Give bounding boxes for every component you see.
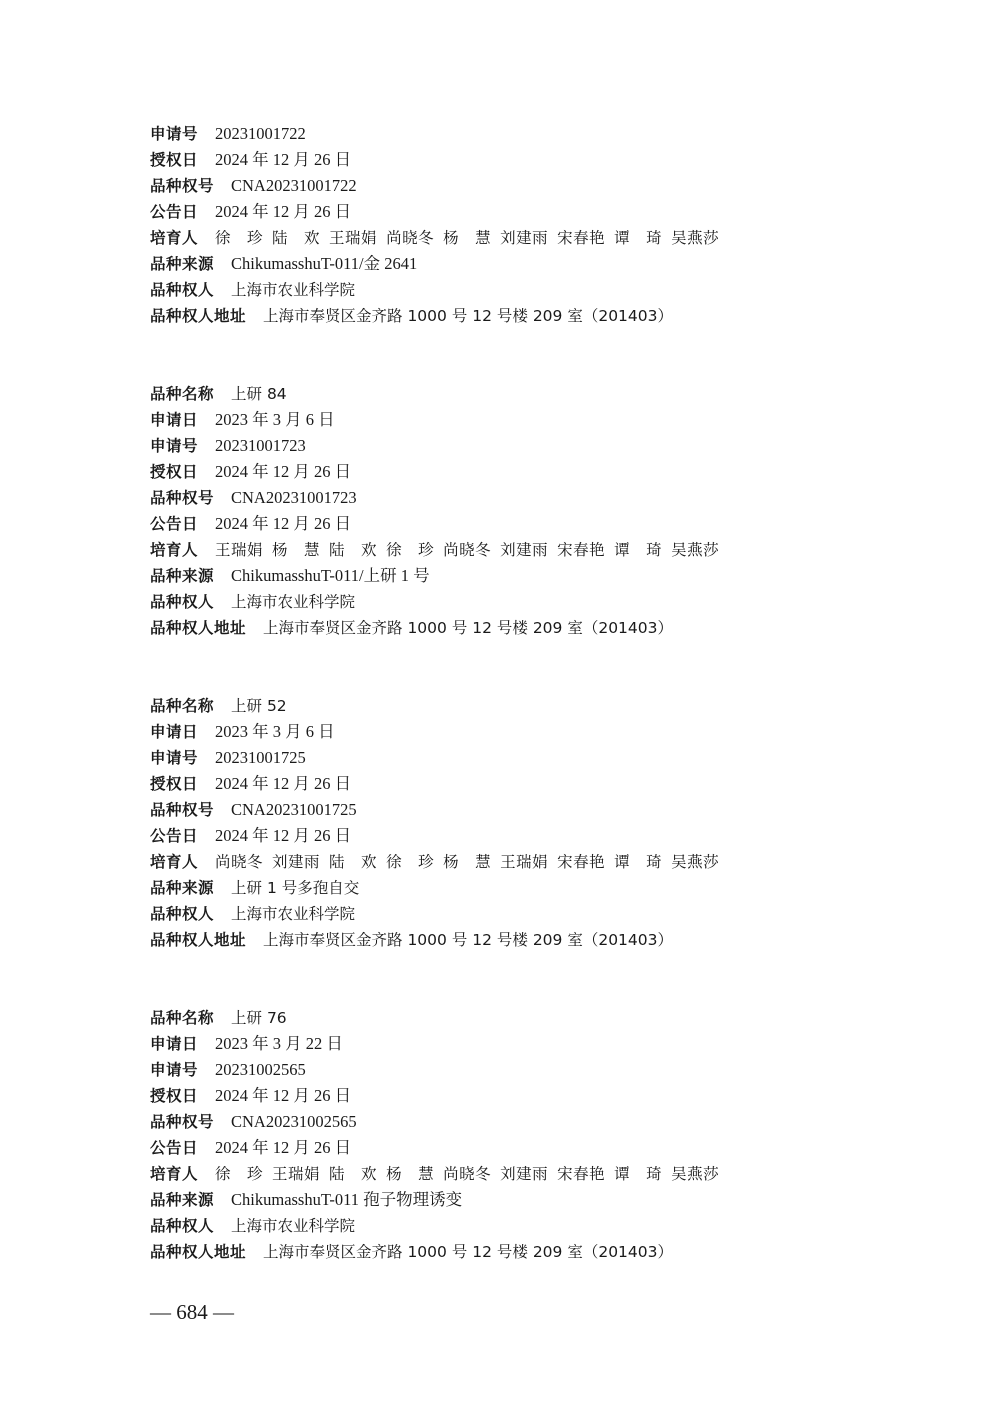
field-value: 2024 年 12 月 26 日 xyxy=(215,826,351,845)
field-row: 申请号20231001722 xyxy=(150,121,850,147)
field-value: CNA20231002565 xyxy=(231,1112,357,1131)
field-value: 20231001722 xyxy=(215,124,306,143)
field-label: 品种权号 xyxy=(150,797,214,823)
field-label: 公告日 xyxy=(150,1135,198,1161)
field-value: 上研 52 xyxy=(231,697,287,715)
field-label: 品种权号 xyxy=(150,485,214,511)
breeder-name: 王瑞娟 xyxy=(215,537,263,563)
field-value: 上海市农业科学院 xyxy=(231,281,355,299)
field-label: 品种权人 xyxy=(150,277,214,303)
breeder-name: 吴燕莎 xyxy=(671,849,719,875)
field-row: 品种权号CNA20231001725 xyxy=(150,797,850,823)
document-page: 申请号20231001722授权日2024 年 12 月 26 日品种权号CNA… xyxy=(150,121,850,1317)
field-row: 品种来源上研 1 号多孢自交 xyxy=(150,875,850,901)
breeders-label: 培育人 xyxy=(150,1161,198,1187)
breeder-name: 宋春艳 xyxy=(557,1161,605,1187)
field-value: 20231001725 xyxy=(215,748,306,767)
breeder-name: 宋春艳 xyxy=(557,849,605,875)
field-row: 授权日2024 年 12 月 26 日 xyxy=(150,1083,850,1109)
breeder-name: 陆 欢 xyxy=(329,537,377,563)
field-label: 公告日 xyxy=(150,511,198,537)
breeders-list: 尚晓冬刘建雨陆 欢徐 珍杨 慧王瑞娟宋春艳谭 琦吴燕莎 xyxy=(215,849,728,875)
field-value: 20231002565 xyxy=(215,1060,306,1079)
field-label: 品种权人 xyxy=(150,589,214,615)
field-label: 品种权号 xyxy=(150,173,214,199)
field-row: 品种权号CNA20231001723 xyxy=(150,485,850,511)
field-label: 授权日 xyxy=(150,147,198,173)
field-label: 品种权人 xyxy=(150,901,214,927)
field-row: 品种名称上研 76 xyxy=(150,1005,850,1031)
field-value: 2024 年 12 月 26 日 xyxy=(215,462,351,481)
field-row: 公告日2024 年 12 月 26 日 xyxy=(150,511,850,537)
field-label: 申请号 xyxy=(150,433,198,459)
field-row: 品种来源ChikumasshuT-011 孢子物理诱变 xyxy=(150,1187,850,1213)
breeders-list: 王瑞娟杨 慧陆 欢徐 珍尚晓冬刘建雨宋春艳谭 琦吴燕莎 xyxy=(215,537,728,563)
field-row: 授权日2024 年 12 月 26 日 xyxy=(150,459,850,485)
breeder-name: 吴燕莎 xyxy=(671,537,719,563)
field-row: 品种权人地址上海市奉贤区金齐路 1000 号 12 号楼 209 室（20140… xyxy=(150,615,850,641)
field-value: 2023 年 3 月 22 日 xyxy=(215,1034,343,1053)
field-value: 2024 年 12 月 26 日 xyxy=(215,1138,351,1157)
breeders-row: 培育人徐 珍陆 欢王瑞娟尚晓冬杨 慧刘建雨宋春艳谭 琦吴燕莎 xyxy=(150,225,850,251)
field-value: CNA20231001722 xyxy=(231,176,357,195)
field-value: 20231001723 xyxy=(215,436,306,455)
field-row: 品种权号CNA20231001722 xyxy=(150,173,850,199)
field-row: 品种来源ChikumasshuT-011/上研 1 号 xyxy=(150,563,850,589)
field-value: CNA20231001723 xyxy=(231,488,357,507)
field-label: 公告日 xyxy=(150,199,198,225)
field-label: 品种权人地址 xyxy=(150,927,246,953)
breeder-name: 王瑞娟 xyxy=(272,1161,320,1187)
field-label: 品种来源 xyxy=(150,875,214,901)
variety-record: 申请号20231001722授权日2024 年 12 月 26 日品种权号CNA… xyxy=(150,121,850,329)
field-value: 2023 年 3 月 6 日 xyxy=(215,722,335,741)
variety-record: 品种名称上研 76申请日2023 年 3 月 22 日申请号2023100256… xyxy=(150,1005,850,1265)
field-value: ChikumasshuT-011 孢子物理诱变 xyxy=(231,1190,462,1209)
field-row: 品种来源ChikumasshuT-011/金 2641 xyxy=(150,251,850,277)
field-row: 品种权人地址上海市奉贤区金齐路 1000 号 12 号楼 209 室（20140… xyxy=(150,927,850,953)
field-value: ChikumasshuT-011/金 2641 xyxy=(231,254,417,273)
field-label: 申请日 xyxy=(150,407,198,433)
field-label: 申请号 xyxy=(150,745,198,771)
field-row: 申请日2023 年 3 月 6 日 xyxy=(150,719,850,745)
field-label: 申请日 xyxy=(150,719,198,745)
field-label: 品种名称 xyxy=(150,381,214,407)
breeders-list: 徐 珍王瑞娟陆 欢杨 慧尚晓冬刘建雨宋春艳谭 琦吴燕莎 xyxy=(215,1161,728,1187)
field-value: 2024 年 12 月 26 日 xyxy=(215,774,351,793)
field-label: 品种来源 xyxy=(150,1187,214,1213)
breeder-name: 刘建雨 xyxy=(272,849,320,875)
field-label: 品种权号 xyxy=(150,1109,214,1135)
field-row: 品种名称上研 84 xyxy=(150,381,850,407)
field-row: 公告日2024 年 12 月 26 日 xyxy=(150,1135,850,1161)
field-label: 品种权人 xyxy=(150,1213,214,1239)
field-row: 公告日2024 年 12 月 26 日 xyxy=(150,823,850,849)
field-value: 2024 年 12 月 26 日 xyxy=(215,1086,351,1105)
field-row: 申请日2023 年 3 月 6 日 xyxy=(150,407,850,433)
breeders-row: 培育人王瑞娟杨 慧陆 欢徐 珍尚晓冬刘建雨宋春艳谭 琦吴燕莎 xyxy=(150,537,850,563)
breeder-name: 尚晓冬 xyxy=(386,225,434,251)
breeders-row: 培育人尚晓冬刘建雨陆 欢徐 珍杨 慧王瑞娟宋春艳谭 琦吴燕莎 xyxy=(150,849,850,875)
field-row: 品种权人上海市农业科学院 xyxy=(150,1213,850,1239)
breeder-name: 刘建雨 xyxy=(500,225,548,251)
field-row: 公告日2024 年 12 月 26 日 xyxy=(150,199,850,225)
breeder-name: 陆 欢 xyxy=(272,225,320,251)
breeder-name: 吴燕莎 xyxy=(671,225,719,251)
field-label: 申请号 xyxy=(150,1057,198,1083)
breeder-name: 杨 慧 xyxy=(386,1161,434,1187)
breeder-name: 陆 欢 xyxy=(329,1161,377,1187)
field-row: 授权日2024 年 12 月 26 日 xyxy=(150,147,850,173)
field-row: 申请号20231002565 xyxy=(150,1057,850,1083)
field-value: 上海市农业科学院 xyxy=(231,593,355,611)
variety-record: 品种名称上研 52申请日2023 年 3 月 6 日申请号20231001725… xyxy=(150,693,850,953)
field-row: 品种权人地址上海市奉贤区金齐路 1000 号 12 号楼 209 室（20140… xyxy=(150,1239,850,1265)
breeder-name: 陆 欢 xyxy=(329,849,377,875)
field-label: 品种权人地址 xyxy=(150,615,246,641)
field-value: 上海市奉贤区金齐路 1000 号 12 号楼 209 室（201403） xyxy=(263,1243,673,1261)
field-label: 品种名称 xyxy=(150,1005,214,1031)
breeders-label: 培育人 xyxy=(150,537,198,563)
field-value: 上研 1 号多孢自交 xyxy=(231,879,359,897)
breeder-name: 王瑞娟 xyxy=(500,849,548,875)
breeders-label: 培育人 xyxy=(150,849,198,875)
field-label: 公告日 xyxy=(150,823,198,849)
field-row: 申请号20231001725 xyxy=(150,745,850,771)
field-label: 品种权人地址 xyxy=(150,303,246,329)
field-row: 品种权人上海市农业科学院 xyxy=(150,277,850,303)
breeders-list: 徐 珍陆 欢王瑞娟尚晓冬杨 慧刘建雨宋春艳谭 琦吴燕莎 xyxy=(215,225,728,251)
field-value: ChikumasshuT-011/上研 1 号 xyxy=(231,566,430,585)
field-label: 品种来源 xyxy=(150,563,214,589)
field-row: 授权日2024 年 12 月 26 日 xyxy=(150,771,850,797)
field-row: 品种名称上研 52 xyxy=(150,693,850,719)
breeder-name: 杨 慧 xyxy=(443,225,491,251)
field-label: 授权日 xyxy=(150,1083,198,1109)
field-value: 上海市奉贤区金齐路 1000 号 12 号楼 209 室（201403） xyxy=(263,619,673,637)
breeder-name: 谭 琦 xyxy=(614,225,662,251)
page-number: — 684 — xyxy=(150,1300,234,1325)
breeders-row: 培育人徐 珍王瑞娟陆 欢杨 慧尚晓冬刘建雨宋春艳谭 琦吴燕莎 xyxy=(150,1161,850,1187)
breeder-name: 徐 珍 xyxy=(215,225,263,251)
field-label: 授权日 xyxy=(150,771,198,797)
field-label: 申请日 xyxy=(150,1031,198,1057)
field-value: 上海市奉贤区金齐路 1000 号 12 号楼 209 室（201403） xyxy=(263,931,673,949)
field-label: 品种来源 xyxy=(150,251,214,277)
field-value: 上海市农业科学院 xyxy=(231,1217,355,1235)
breeder-name: 尚晓冬 xyxy=(215,849,263,875)
breeder-name: 刘建雨 xyxy=(500,1161,548,1187)
breeder-name: 尚晓冬 xyxy=(443,537,491,563)
breeders-label: 培育人 xyxy=(150,225,198,251)
field-value: 2024 年 12 月 26 日 xyxy=(215,514,351,533)
field-value: 2024 年 12 月 26 日 xyxy=(215,150,351,169)
breeder-name: 徐 珍 xyxy=(386,849,434,875)
breeder-name: 徐 珍 xyxy=(215,1161,263,1187)
field-value: 上研 84 xyxy=(231,385,287,403)
breeder-name: 吴燕莎 xyxy=(671,1161,719,1187)
breeder-name: 宋春艳 xyxy=(557,225,605,251)
field-value: 上海市农业科学院 xyxy=(231,905,355,923)
breeder-name: 尚晓冬 xyxy=(443,1161,491,1187)
field-label: 品种权人地址 xyxy=(150,1239,246,1265)
variety-record: 品种名称上研 84申请日2023 年 3 月 6 日申请号20231001723… xyxy=(150,381,850,641)
breeder-name: 杨 慧 xyxy=(272,537,320,563)
breeder-name: 杨 慧 xyxy=(443,849,491,875)
field-row: 品种权号CNA20231002565 xyxy=(150,1109,850,1135)
field-value: 上海市奉贤区金齐路 1000 号 12 号楼 209 室（201403） xyxy=(263,307,673,325)
field-label: 品种名称 xyxy=(150,693,214,719)
field-value: 上研 76 xyxy=(231,1009,287,1027)
breeder-name: 谭 琦 xyxy=(614,1161,662,1187)
field-row: 品种权人上海市农业科学院 xyxy=(150,901,850,927)
breeder-name: 徐 珍 xyxy=(386,537,434,563)
field-row: 申请号20231001723 xyxy=(150,433,850,459)
breeder-name: 宋春艳 xyxy=(557,537,605,563)
field-label: 授权日 xyxy=(150,459,198,485)
field-value: 2024 年 12 月 26 日 xyxy=(215,202,351,221)
field-value: 2023 年 3 月 6 日 xyxy=(215,410,335,429)
field-row: 申请日2023 年 3 月 22 日 xyxy=(150,1031,850,1057)
breeder-name: 谭 琦 xyxy=(614,537,662,563)
field-label: 申请号 xyxy=(150,121,198,147)
field-value: CNA20231001725 xyxy=(231,800,357,819)
field-row: 品种权人上海市农业科学院 xyxy=(150,589,850,615)
breeder-name: 王瑞娟 xyxy=(329,225,377,251)
breeder-name: 谭 琦 xyxy=(614,849,662,875)
field-row: 品种权人地址上海市奉贤区金齐路 1000 号 12 号楼 209 室（20140… xyxy=(150,303,850,329)
breeder-name: 刘建雨 xyxy=(500,537,548,563)
